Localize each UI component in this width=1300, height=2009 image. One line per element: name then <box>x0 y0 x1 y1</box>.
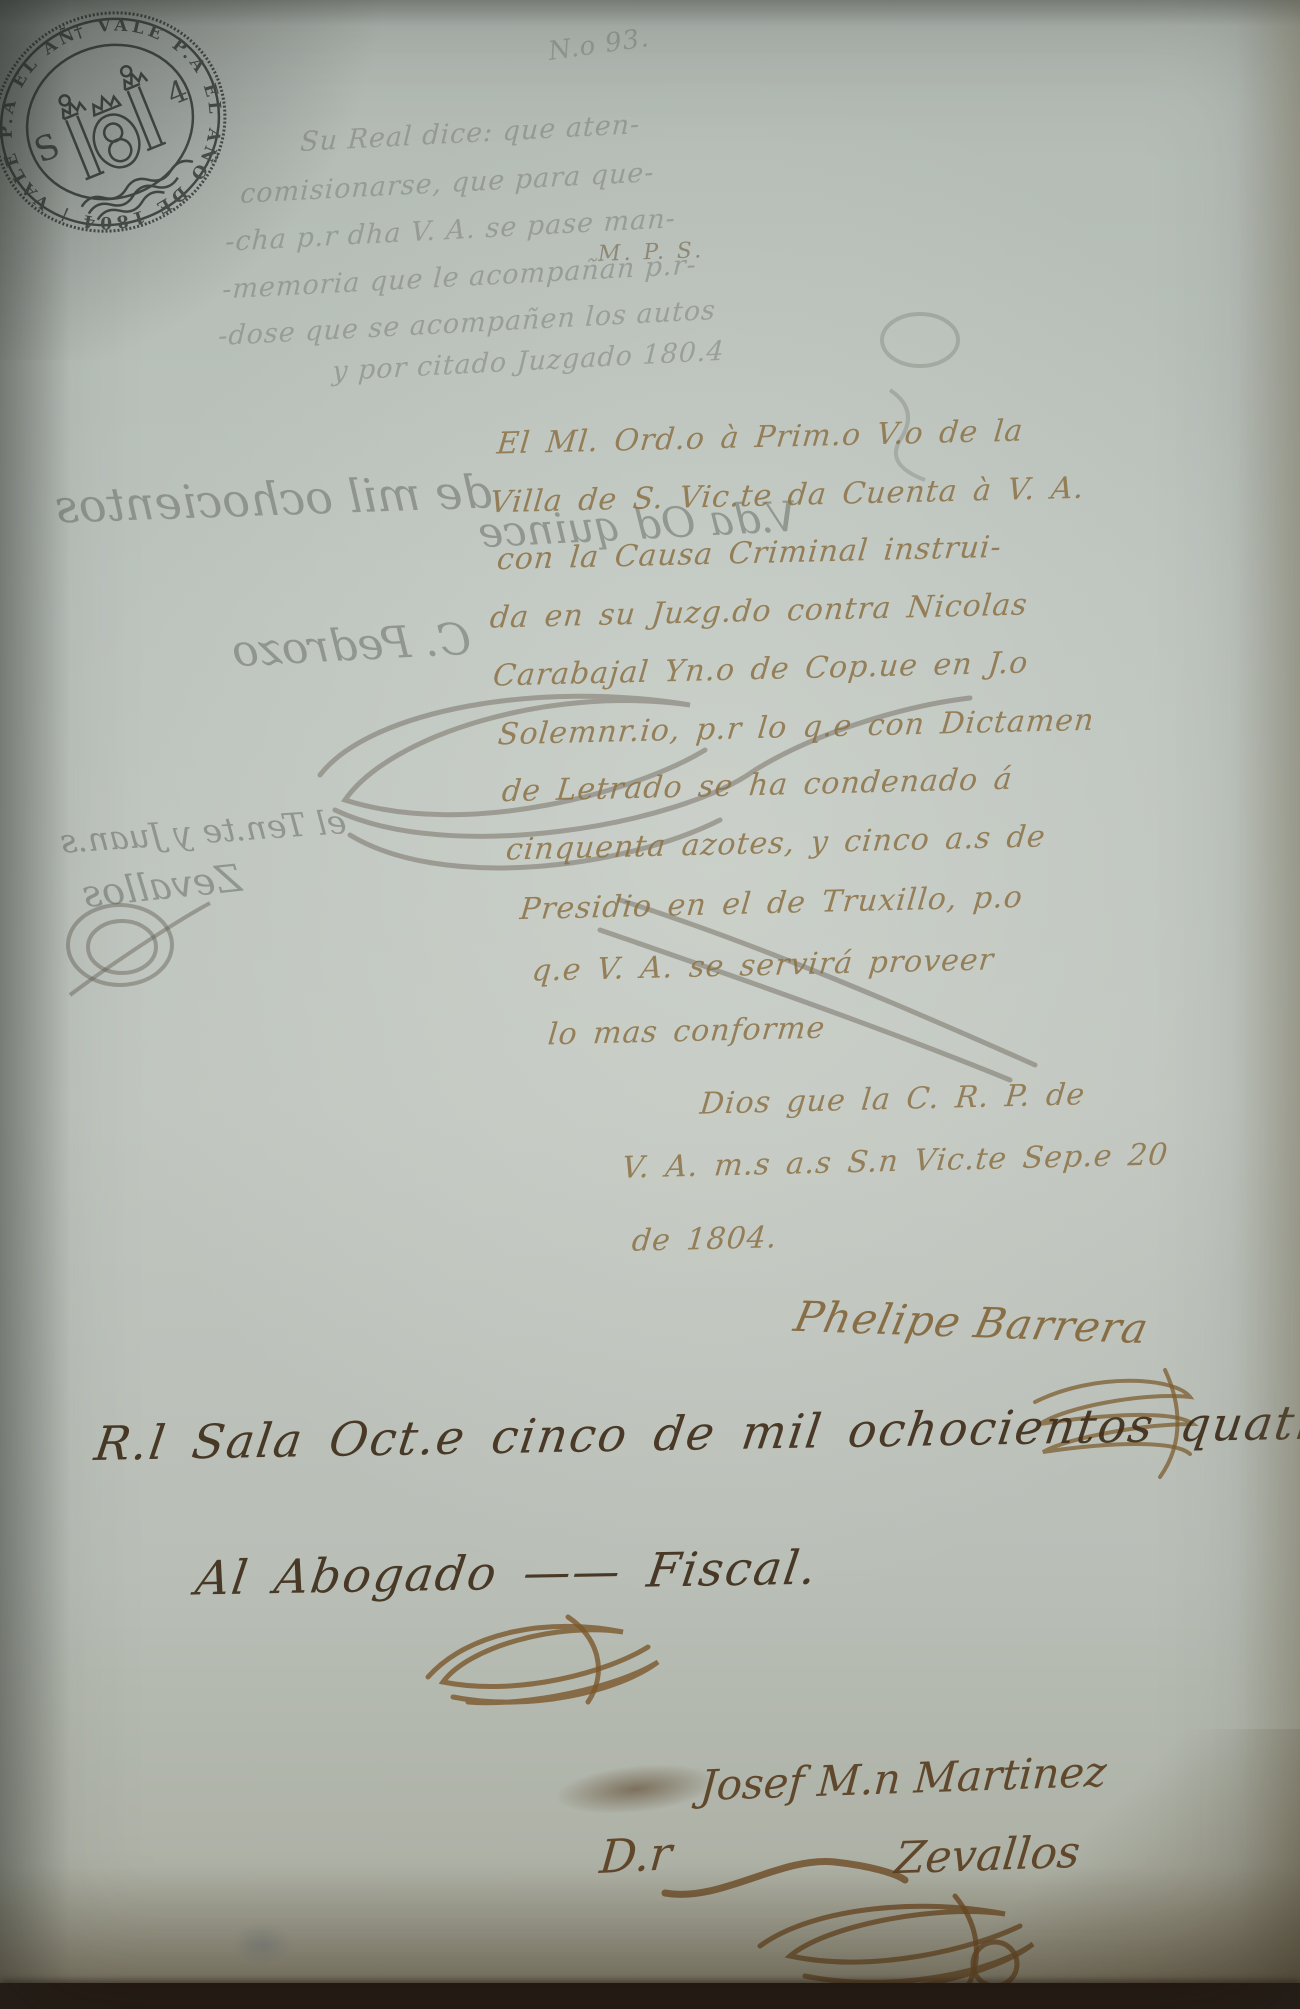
ghost-line: comisionarse, que para que- <box>239 157 655 210</box>
body-line: de 1804. <box>630 1220 779 1259</box>
manuscript-page: N.o 93. Su Real dice: que aten- comision… <box>0 0 1300 2009</box>
salutation: M. P. S. <box>598 238 705 267</box>
paper-shadow-bottom <box>0 1867 1300 1987</box>
body-line: V. A. m.s a.s S.n Vic.te Sep.e 20 <box>620 1137 1170 1185</box>
backdrop-edge <box>0 1983 1300 2009</box>
signature-zevallos-surname: Zevallos <box>892 1827 1082 1885</box>
body-line: Villa de S. Vic.te da Cuenta à V. A. <box>488 471 1086 521</box>
decree-referral-line: Al Abogado —— Fiscal. <box>192 1541 821 1607</box>
ghost-line: Su Real dice: que aten- <box>299 109 641 158</box>
ghost-rubric-circles <box>50 885 220 1010</box>
ghost-line: y por citado Juzgado 180.4 <box>331 336 725 388</box>
stamp-class-letter: S <box>29 126 66 172</box>
paper-tint-right <box>1236 0 1300 2009</box>
ghost-doc-number: N.o 93. <box>546 23 651 67</box>
ghost-mark <box>860 290 1000 490</box>
official-stamp-seal-icon: † VALE P.A EL AÑO DE 1804 † VALE P.A EL … <box>0 2 238 244</box>
signature-martinez: Josef M.n Martinez <box>698 1747 1108 1810</box>
ink-smear <box>554 1758 718 1820</box>
signature-phelipe: Phelipe Barrera <box>790 1292 1153 1353</box>
rubric-flourish <box>408 1602 673 1717</box>
blue-smudge-mark <box>232 1922 292 1966</box>
body-line: da en su Juzg.do contra Nicolas <box>488 587 1029 635</box>
bleedthrough-fragment: de mil ochocientos <box>54 464 492 533</box>
body-line: lo mas conforme <box>546 1011 827 1053</box>
rubric-flourish-bottom <box>745 1886 1040 2004</box>
